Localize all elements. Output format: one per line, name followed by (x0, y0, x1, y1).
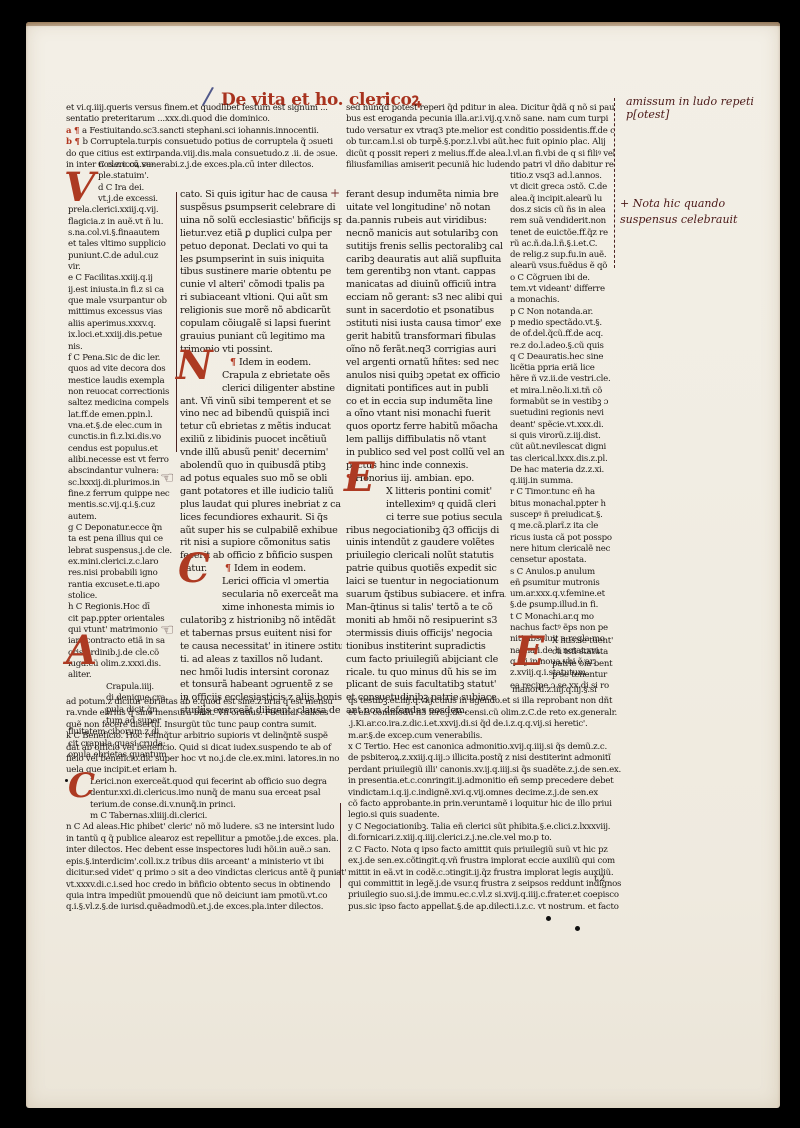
paragraph-mark: b ¶ (66, 137, 82, 147)
initial-C-bottom: C (68, 766, 95, 806)
ink-dot (65, 779, 68, 782)
folio-signature: t 2 (594, 874, 624, 885)
margin-note-2: + Nota hic quando suspensus celebrauit (620, 196, 780, 228)
main-text-col1: cato. Si quis igitur hac de causa suspẽs… (180, 189, 342, 718)
manicule-icon: ☜ (160, 620, 174, 639)
bracket-line-bottom (340, 803, 341, 888)
commentary-top-right: sed nunq̃d potest reperi q̃d pditur in a… (346, 103, 614, 171)
ink-dot (575, 926, 580, 931)
initial-C: C (178, 545, 210, 592)
commentary-bottom-right: manorũ.z.iiij.q.iij.§.si q̃s testibꝫ.et.… (348, 685, 624, 913)
ink-dot (546, 916, 551, 921)
margin-bracket (614, 98, 615, 268)
initial-A: A (66, 627, 97, 674)
bracket-line (176, 192, 177, 452)
plus-mark: + (330, 186, 340, 200)
initial-E: E (344, 454, 375, 501)
commentary-bottom-left: ad potum.z dicitur ebrietas ab e.quod es… (66, 697, 346, 914)
manicule-icon: ☜ (160, 468, 174, 487)
margin-note-1: amissum in ludo repeti p[otest] (626, 95, 800, 121)
paragraph-mark: a ¶ (66, 126, 82, 136)
right-gloss-b: X litis.se tuent' cũ isti statuta patrie… (510, 636, 620, 692)
right-gloss: dos.z sicis cũ ñs in alea rem suã vendid… (510, 205, 618, 679)
commentary-top-right-tail: titio.z vsq3 ad.l.annos. vt dicit greca … (510, 171, 620, 205)
initial-N: N (176, 342, 213, 389)
